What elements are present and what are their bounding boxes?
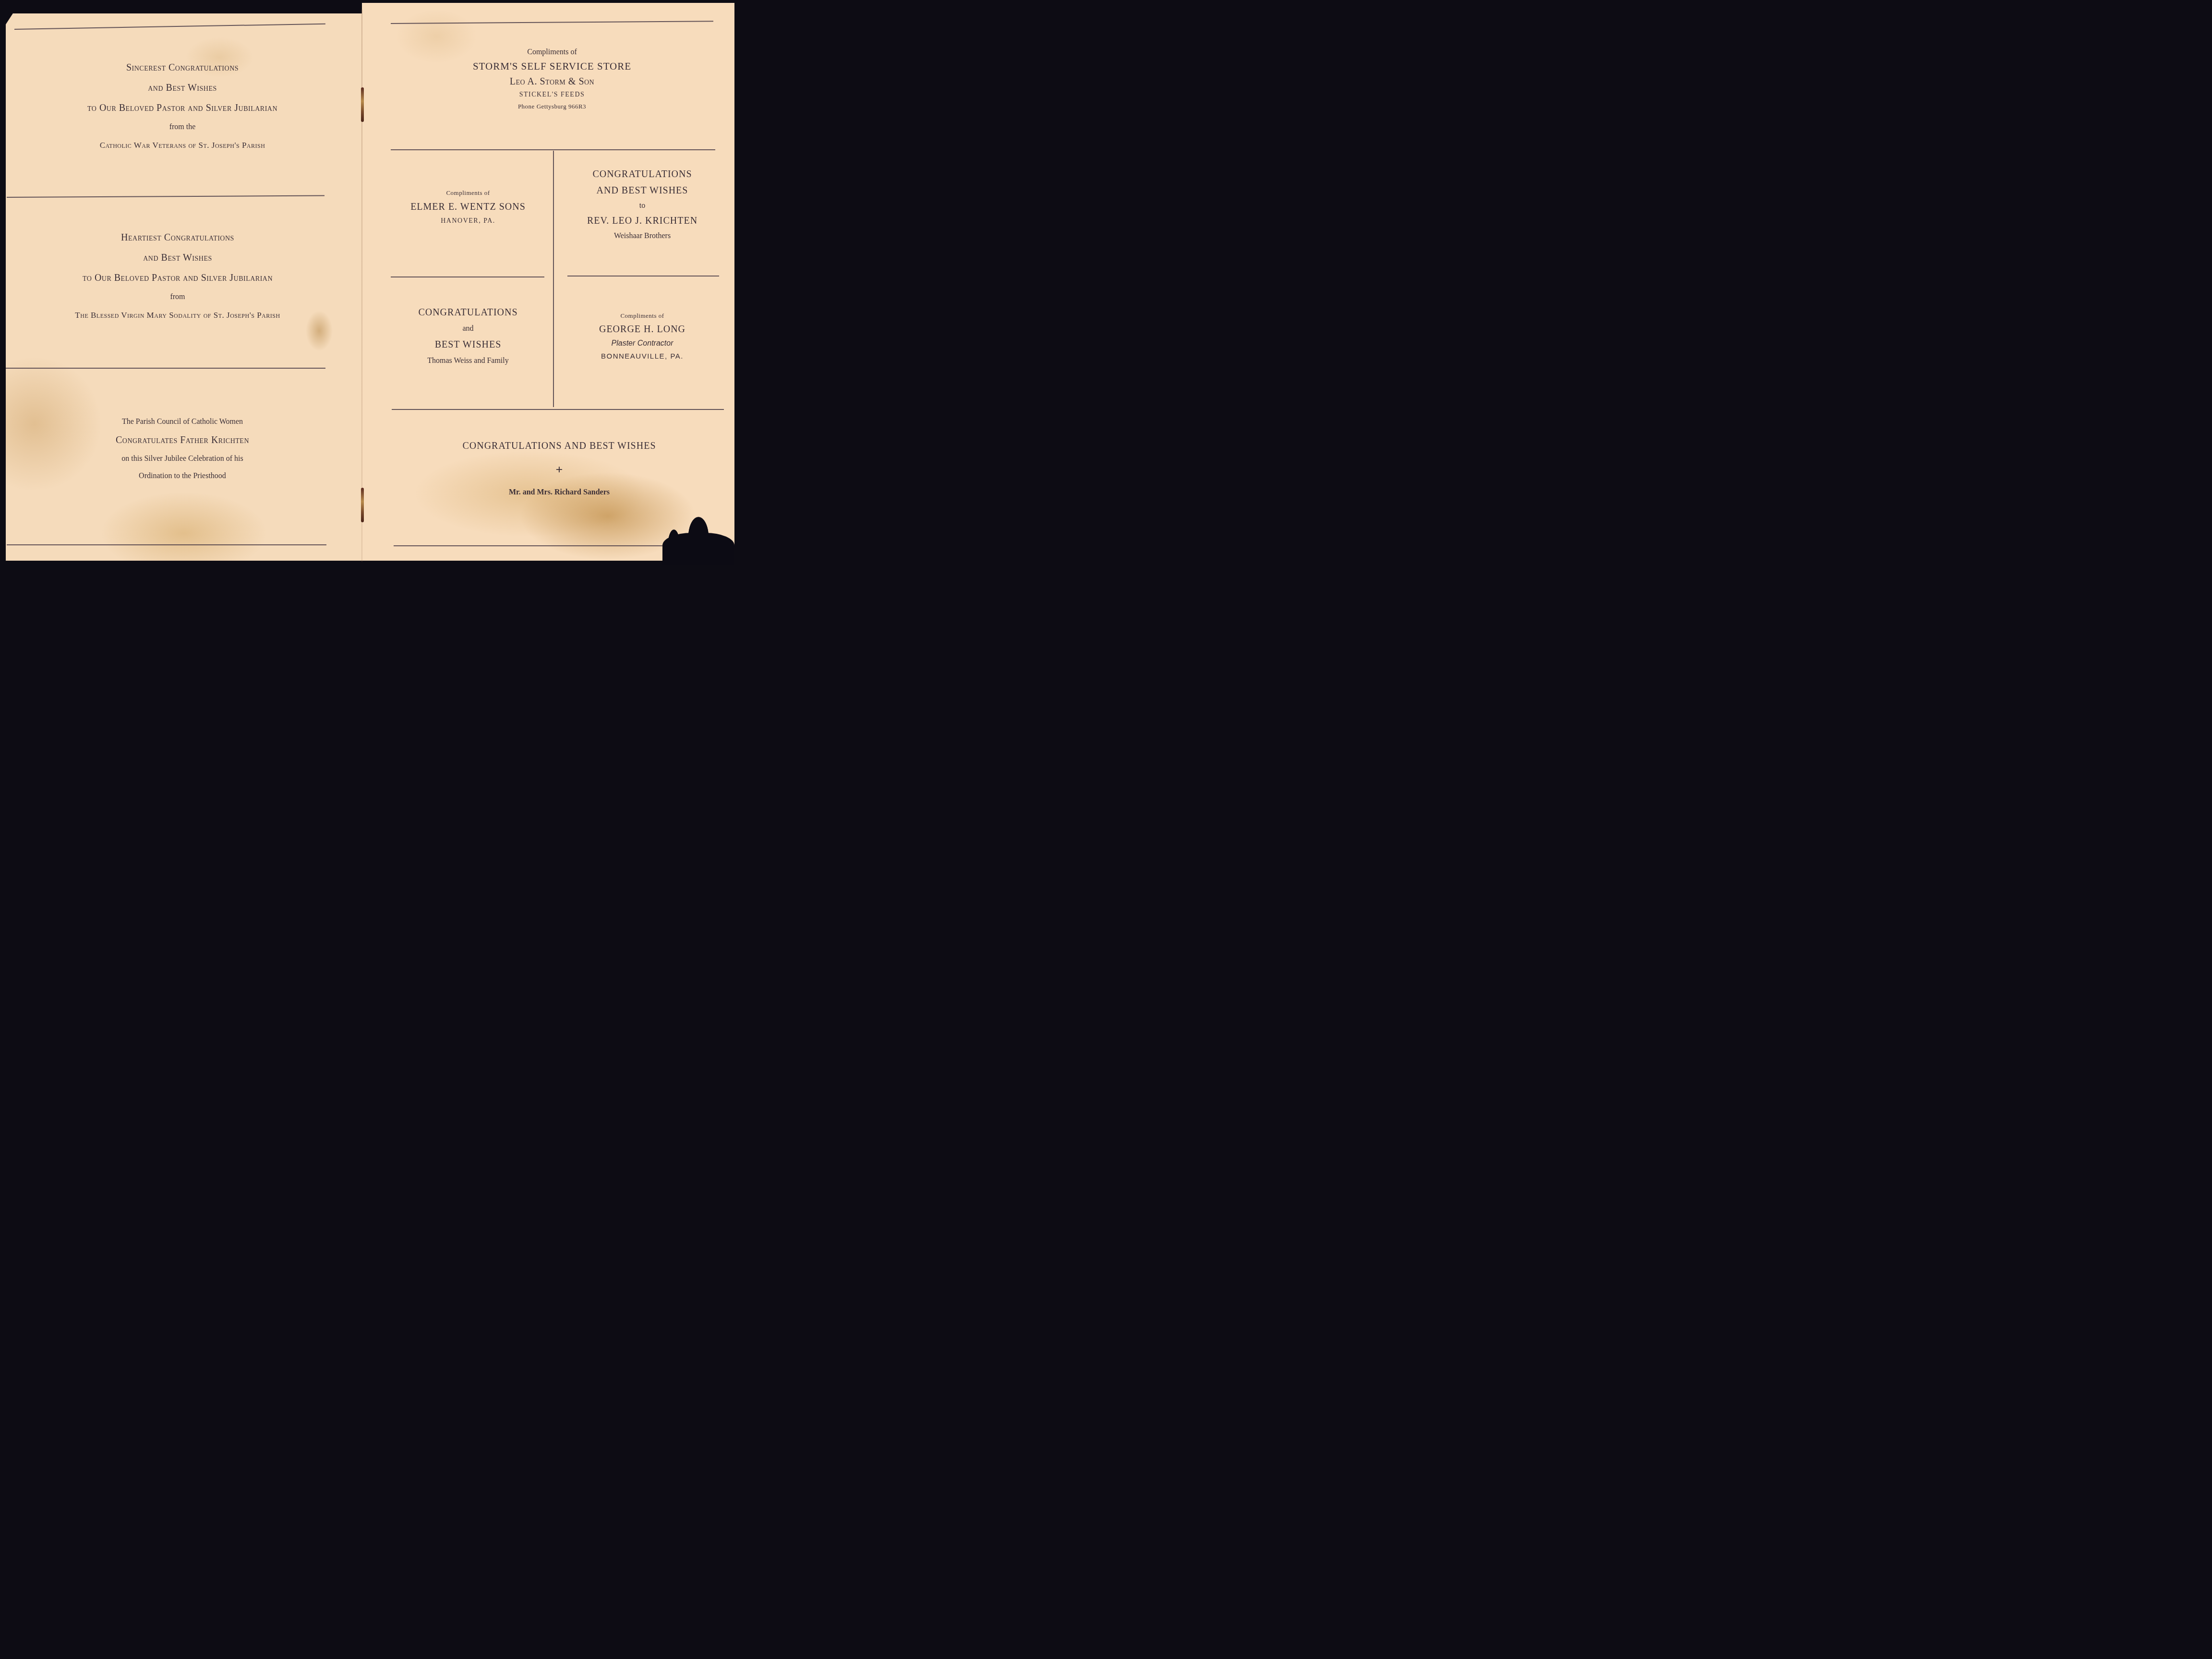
product: STICKEL'S FEEDS [391,91,713,99]
sponsor: Mr. and Mrs. Richard Sanders [394,488,725,497]
occasion: on this Silver Jubilee Celebration of hi… [19,455,346,463]
occasion: Ordination to the Priesthood [19,472,346,481]
location: BONNEAUVILLE, PA. [561,352,724,361]
divider [392,409,724,410]
long-ad: Compliments of GEORGE H. LONG Plaster Co… [561,312,724,365]
sodality-congratulations: Heartiest Congratulations and Best Wishe… [10,232,346,329]
trade: Plaster Contractor [561,339,724,348]
heading: CONGRATULATIONS [391,307,545,318]
compliments-label: Compliments of [391,48,713,57]
divider [394,545,662,546]
sponsor: Weishaar Brothers [561,232,724,240]
heading: Heartiest Congratulations [10,232,346,243]
to-label: to [561,202,724,210]
phone: Phone Gettysburg 966R3 [391,103,713,110]
weishaar-ad: CONGRATULATIONS AND BEST WISHES to REV. … [561,169,724,246]
weiss-ad: CONGRATULATIONS and BEST WISHES Thomas W… [391,307,545,372]
pccw-congratulations: The Parish Council of Catholic Women Con… [19,418,346,489]
heading: and Best Wishes [10,252,346,264]
heading: Sincerest Congratulations [19,62,346,73]
compliments-label: Compliments of [391,189,545,197]
dedication: to Our Beloved Pastor and Silver Jubilar… [10,273,346,284]
owner: Leo A. Storm & Son [391,76,713,87]
compliments-label: Compliments of [561,312,724,320]
recipient: REV. LEO J. KRICHTEN [561,216,724,227]
vertical-divider [553,151,554,407]
dedication: to Our Beloved Pastor and Silver Jubilar… [19,103,346,114]
divider [7,544,326,545]
sponsor: Catholic War Veterans of St. Joseph's Pa… [19,141,346,150]
and-label: and [391,325,545,333]
business-name: ELMER E. WENTZ SONS [391,202,545,213]
sponsor: Thomas Weiss and Family [391,357,545,365]
sponsor: The Parish Council of Catholic Women [19,418,346,426]
heading: CONGRATULATIONS [561,169,724,180]
heading: and Best Wishes [19,83,346,94]
heading: Congratulates Father Krichten [19,435,346,446]
business-name: GEORGE H. LONG [561,324,724,335]
location: HANOVER, PA. [391,217,545,225]
from-label: from [10,293,346,301]
cwv-congratulations: Sincerest Congratulations and Best Wishe… [19,62,346,159]
divider [6,368,325,369]
wentz-ad: Compliments of ELMER E. WENTZ SONS HANOV… [391,189,545,230]
business-name: STORM'S SELF SERVICE STORE [391,60,713,72]
cross-icon: + [394,465,725,475]
document-photo: Sincerest Congratulations and Best Wishe… [0,0,753,565]
sanders-ad: CONGRATULATIONS AND BEST WISHES + Mr. an… [394,441,725,510]
heading: BEST WISHES [391,339,545,350]
from-label: from the [19,123,346,132]
sponsor: The Blessed Virgin Mary Sodality of St. … [10,311,346,320]
divider [391,276,544,277]
heading: CONGRATULATIONS AND BEST WISHES [394,441,725,452]
heading: AND BEST WISHES [561,185,724,196]
storm-ad: Compliments of STORM'S SELF SERVICE STOR… [391,48,713,114]
divider [567,276,719,276]
divider [391,149,715,150]
staple-bottom [361,488,364,522]
staple-top [361,87,364,122]
